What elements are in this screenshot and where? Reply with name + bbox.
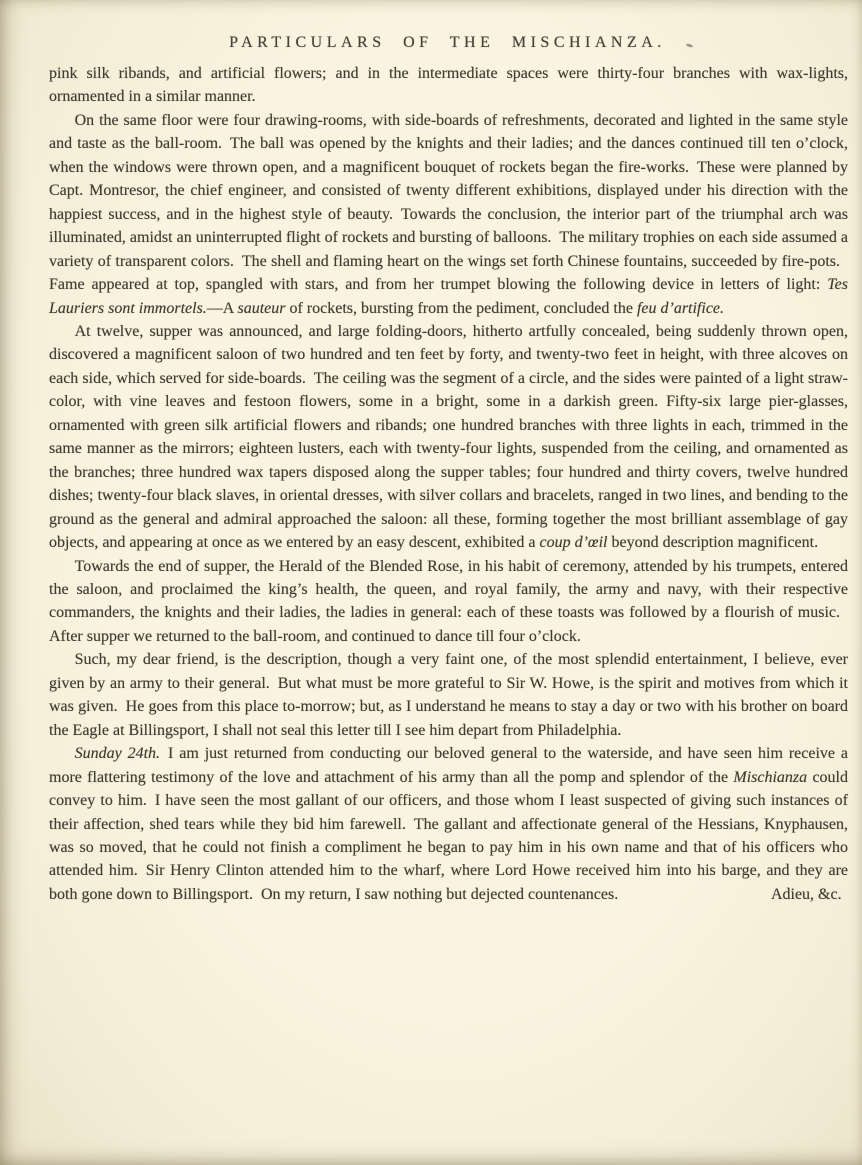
- italic-text-run: coup d’œil: [539, 534, 607, 551]
- text-block: pink silk ribands, and artificial flower…: [49, 62, 848, 906]
- text-run: I am just returned from conducting our b…: [49, 745, 848, 785]
- page-title: PARTICULARS OF THE MISCHIANZA.: [49, 34, 846, 52]
- italic-text-run: Sunday 24th.: [75, 745, 160, 762]
- text-run: Such, my dear friend, is the description…: [49, 651, 848, 738]
- signature: Adieu, &c.: [745, 883, 841, 906]
- book-page: PARTICULARS OF THE MISCHIANZA. pink silk…: [0, 0, 862, 1165]
- text-run: Towards the end of supper, the Herald of…: [49, 558, 848, 645]
- paragraph: Towards the end of supper, the Herald of…: [49, 555, 848, 649]
- text-run: beyond description magnificent.: [607, 534, 818, 551]
- italic-text-run: Mischianza: [733, 769, 807, 786]
- text-run: On the same floor were four drawing-room…: [49, 112, 848, 293]
- italic-text-run: sauteur: [237, 300, 285, 317]
- text-run: —A: [207, 300, 238, 317]
- paragraph: Sunday 24th. I am just returned from con…: [49, 742, 848, 906]
- text-run: of rockets, bursting from the pediment, …: [285, 300, 636, 317]
- paragraph: At twelve, supper was announced, and lar…: [49, 320, 848, 555]
- paragraph: pink silk ribands, and artificial flower…: [49, 62, 848, 109]
- paragraph: Such, my dear friend, is the description…: [49, 648, 848, 742]
- text-run: pink silk ribands, and artificial flower…: [49, 65, 848, 105]
- text-run: could convey to him. I have seen the mos…: [49, 769, 848, 903]
- paragraph: On the same floor were four drawing-room…: [49, 109, 848, 320]
- italic-text-run: feu d’artifice.: [637, 300, 724, 317]
- text-run: At twelve, supper was announced, and lar…: [49, 323, 848, 551]
